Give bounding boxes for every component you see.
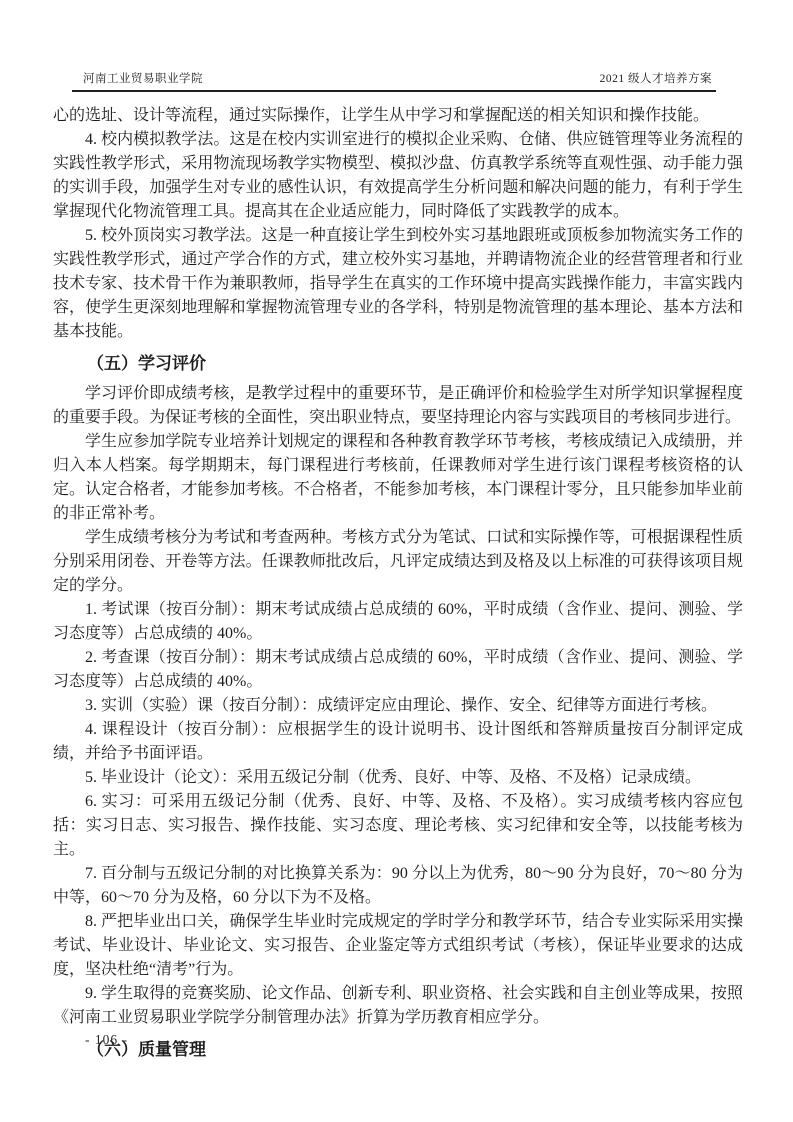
page-footer: - 106 -	[85, 1031, 128, 1049]
body-paragraph-rule-3: 3. 实训（实验）课（按百分制）：成绩评定应由理论、操作、安全、纪律等方面进行考…	[53, 694, 743, 718]
body-paragraph-rule-4: 4. 课程设计（按百分制）：应根据学生的设计说明书、设计图纸和答辩质量按百分制评…	[53, 718, 743, 766]
body-paragraph-method-5: 5. 校外顶岗实习教学法。这是一种直接让学生到校外实习基地跟班或顶板参加物流实务…	[53, 224, 743, 344]
body-paragraph-rule-6: 6. 实习：可采用五级记分制（优秀、良好、中等、及格、不及格）。实习成绩考核内容…	[53, 790, 743, 862]
page-header: 河南工业贸易职业学院 2021 级人才培养方案	[83, 72, 712, 87]
body-paragraph: 心的选址、设计等流程，通过实际操作，让学生从中学习和掌握配送的相关知识和操作技能…	[53, 104, 743, 128]
header-doc-title: 2021 级人才培养方案	[600, 72, 712, 87]
body-paragraph-rule-5: 5. 毕业设计（论文）：采用五级记分制（优秀、良好、中等、及格、不及格）记录成绩…	[53, 766, 743, 790]
body-paragraph-rule-7: 7. 百分制与五级记分制的对比换算关系为：90 分以上为优秀，80～90 分为良…	[53, 862, 743, 910]
body-paragraph: 学习评价即成绩考核，是教学过程中的重要环节，是正确评价和检验学生对所学知识掌握程…	[53, 382, 743, 430]
document-page: 河南工业贸易职业学院 2021 级人才培养方案 心的选址、设计等流程，通过实际操…	[0, 0, 793, 1122]
header-school-name: 河南工业贸易职业学院	[83, 72, 203, 87]
section-heading-6-quality-management: （六）质量管理	[53, 1038, 743, 1062]
body-paragraph-rule-1: 1. 考试课（按百分制）：期末考试成绩占总成绩的 60%，平时成绩（含作业、提问…	[53, 598, 743, 646]
body-paragraph-rule-2: 2. 考查课（按百分制）：期末考试成绩占总成绩的 60%，平时成绩（含作业、提问…	[53, 646, 743, 694]
header-rule	[72, 90, 716, 92]
page-number: - 106 -	[85, 1032, 128, 1047]
section-heading-5-learning-evaluation: （五）学习评价	[53, 352, 743, 376]
body-paragraph-rule-9: 9. 学生取得的竞赛奖励、论文作品、创新专利、职业资格、社会实践和自主创业等成果…	[53, 982, 743, 1030]
body-paragraph: 学生成绩考核分为考试和考查两种。考核方式分为笔试、口试和实际操作等，可根据课程性…	[53, 526, 743, 598]
body-paragraph-method-4: 4. 校内模拟教学法。这是在校内实训室进行的模拟企业采购、仓储、供应链管理等业务…	[53, 128, 743, 224]
document-body: 心的选址、设计等流程，通过实际操作，让学生从中学习和掌握配送的相关知识和操作技能…	[53, 104, 743, 1068]
body-paragraph: 学生应参加学院专业培养计划规定的课程和各种教育教学环节考核，考核成绩记入成绩册，…	[53, 430, 743, 526]
body-paragraph-rule-8: 8. 严把毕业出口关，确保学生毕业时完成规定的学时学分和教学环节，结合专业实际采…	[53, 910, 743, 982]
